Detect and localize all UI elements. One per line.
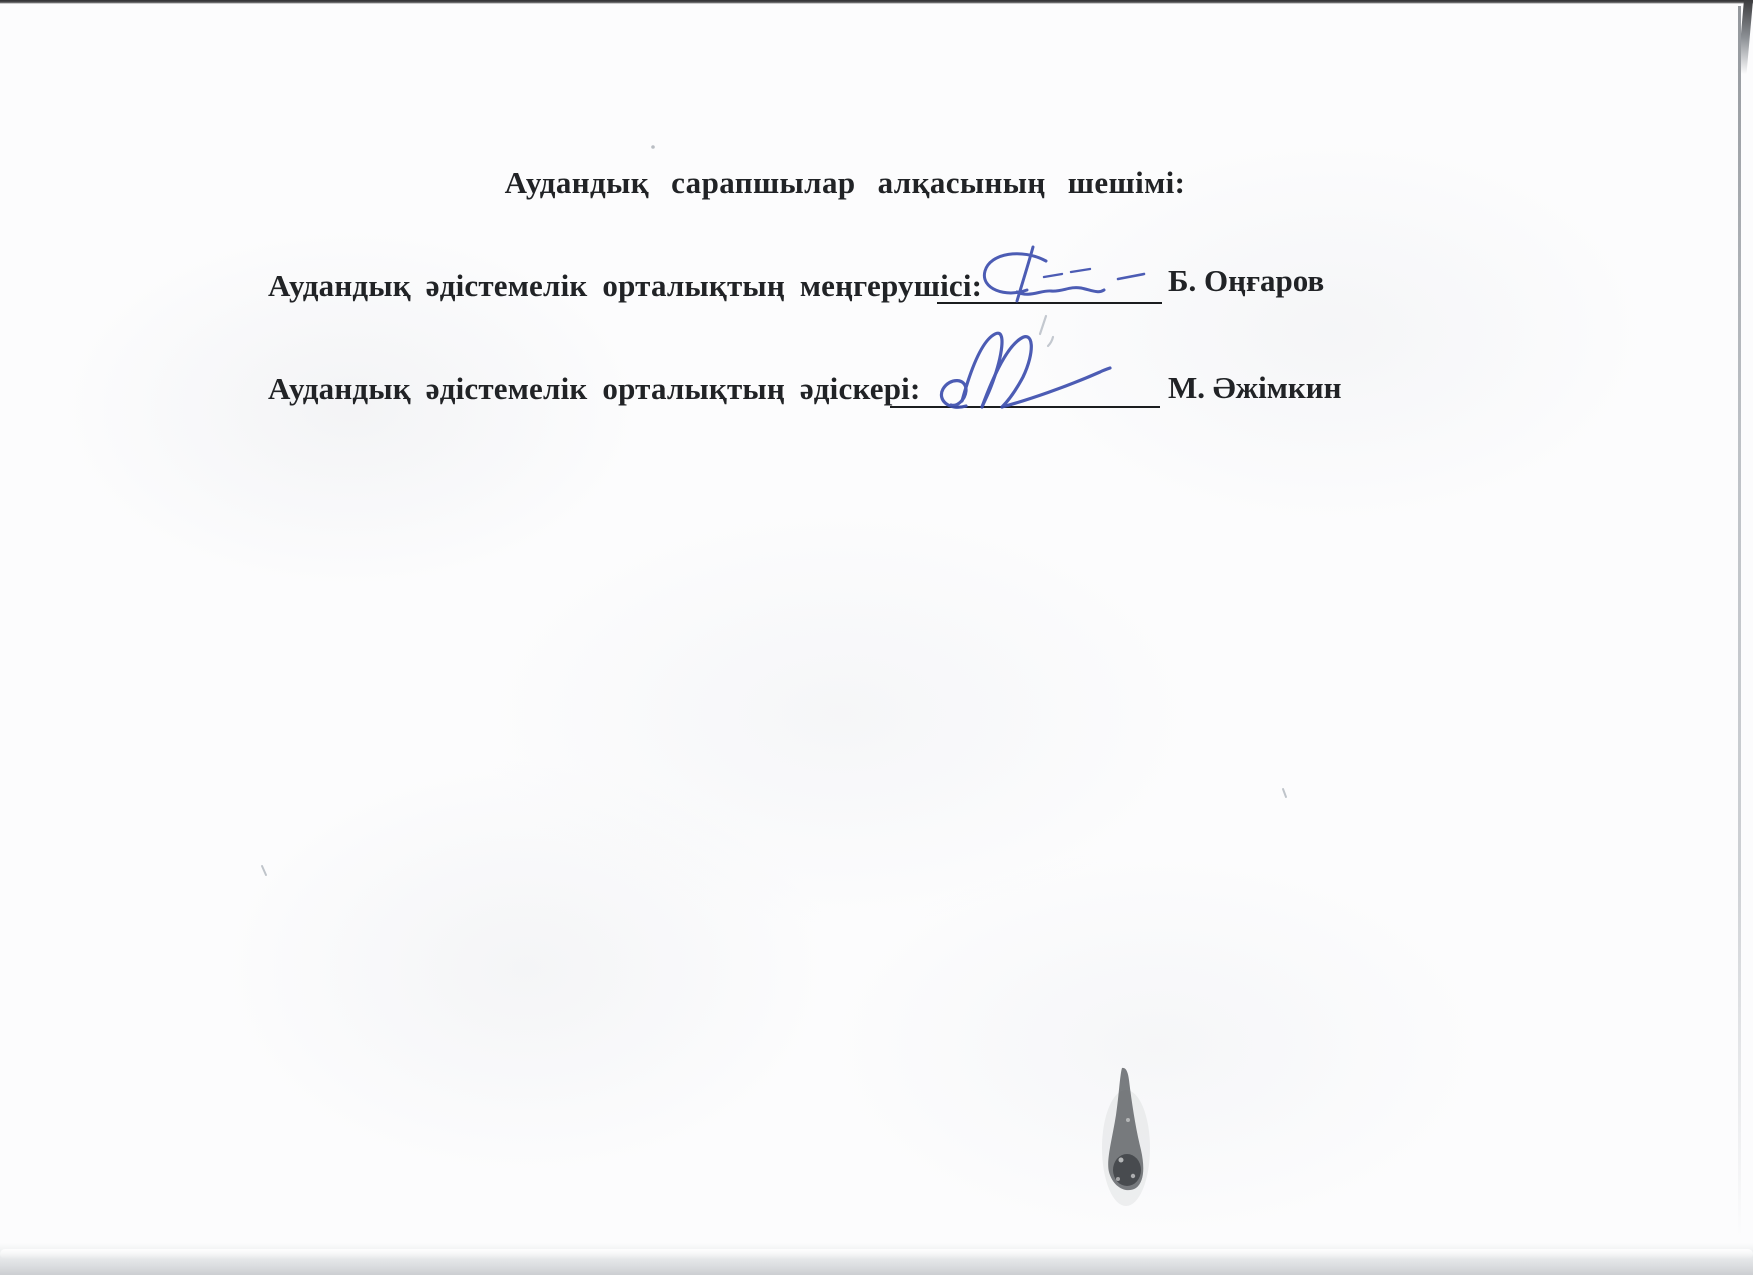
signature-line-methodist — [890, 406, 1160, 408]
scan-top-edge — [0, 0, 1753, 4]
signature-scribble-manager — [984, 247, 1144, 301]
scan-specks — [262, 145, 1286, 875]
signatory-name-methodist: М. Әжімкин — [1168, 370, 1341, 406]
signatory-name-manager: Б. Оңғаров — [1168, 263, 1324, 299]
document-title: Аудандық сарапшылар алқасының шешімі: — [270, 165, 1420, 201]
signature-line-manager — [937, 302, 1162, 304]
page-edge-line — [1738, 6, 1741, 1238]
signature-row-label-manager: Аудандық әдістемелік орталықтың меңгеруш… — [268, 268, 982, 304]
signature-scribble-methodist — [941, 333, 1110, 407]
scanned-page: Аудандық сарапшылар алқасының шешімі: Ау… — [0, 0, 1753, 1275]
faint-pencil-mark — [1040, 316, 1053, 346]
scan-bottom-edge — [0, 1243, 1753, 1275]
ink-smudge — [1102, 1068, 1150, 1206]
signature-row-label-methodist: Аудандық әдістемелік орталықтың әдіскері… — [268, 371, 920, 407]
